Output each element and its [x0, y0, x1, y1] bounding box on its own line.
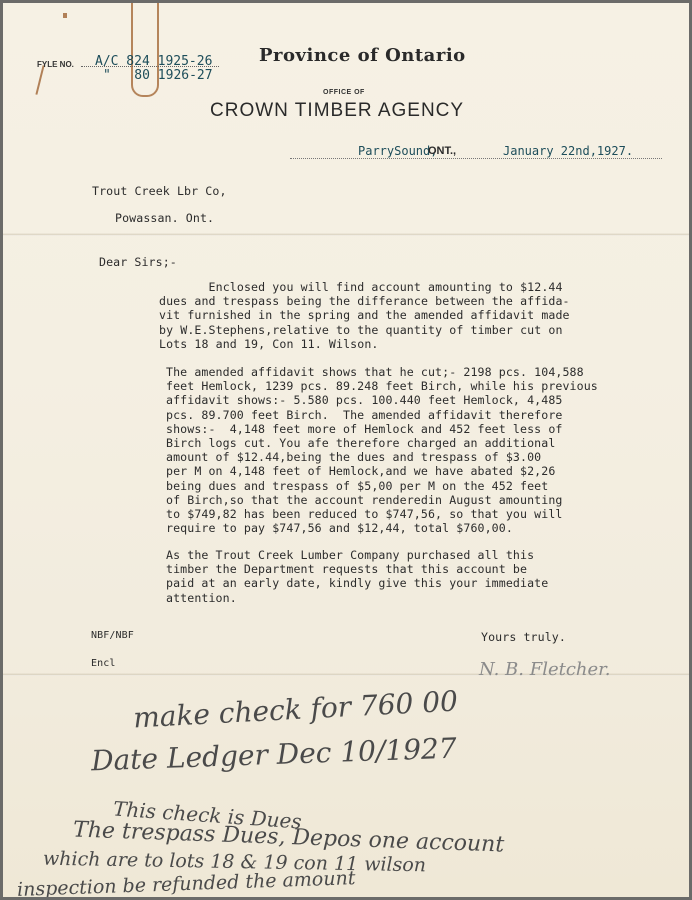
body-paragraph-3: As the Trout Creek Lumber Company purcha…: [166, 548, 548, 605]
text-line: timber the Department requests that this…: [166, 562, 548, 576]
dateline-province: ONT.,: [428, 145, 456, 157]
letterhead-province: Province of Ontario: [259, 45, 466, 66]
text-line: feet Hemlock, 1239 pcs. 89.248 feet Birc…: [166, 379, 598, 393]
text-line: to $749,82 has been reduced to $747,56, …: [166, 507, 598, 521]
rust-stain: [35, 65, 44, 95]
reference-initials: NBF/NBF: [91, 629, 134, 643]
valediction: Yours truly.: [481, 630, 566, 644]
text-line: vit furnished in the spring and the amen…: [159, 308, 570, 322]
text-line: affidavit shows:- 5.580 pcs. 100.440 fee…: [166, 393, 598, 407]
text-line: being dues and trespass of $5,00 per M o…: [166, 479, 598, 493]
file-number-line-2: " 80 1926-27: [103, 68, 213, 83]
text-line: shows:- 4,148 feet more of Hemlock and 4…: [166, 422, 598, 436]
fold-line: [3, 233, 689, 236]
text-line: dues and trespass being the differance b…: [159, 294, 570, 308]
rust-stain: [63, 13, 67, 18]
addressee-location: Powassan. Ont.: [115, 211, 214, 225]
text-line: pcs. 89.700 feet Birch. The amended affi…: [166, 408, 598, 422]
text-line: paid at an early date, kindly give this …: [166, 576, 548, 590]
letterhead-office-of: OFFICE OF: [323, 89, 365, 96]
handwritten-note: make check for 760 00: [132, 685, 458, 735]
text-line: Lots 18 and 19, Con 11. Wilson.: [159, 337, 570, 351]
letter-page: FYLE NO. A/C 824 1925-26 " 80 1926-27 Pr…: [3, 3, 689, 897]
body-paragraph-1: Enclosed you will find account amounting…: [159, 280, 570, 351]
handwritten-note: Date Ledger Dec 10/1927: [91, 732, 458, 778]
text-line: Birch logs cut. You afe therefore charge…: [166, 436, 598, 450]
file-number-label: FYLE NO.: [37, 60, 74, 69]
enclosure-note: Encl: [91, 657, 115, 671]
text-line: As the Trout Creek Lumber Company purcha…: [166, 548, 548, 562]
file-number-line-1: A/C 824 1925-26: [95, 54, 212, 69]
dateline-place: ParrySound,: [358, 144, 437, 158]
letterhead-agency: CROWN TIMBER AGENCY: [210, 100, 464, 122]
body-paragraph-2: The amended affidavit shows that he cut;…: [166, 365, 598, 535]
dateline-date: January 22nd,1927.: [503, 144, 633, 158]
text-line: require to pay $747,56 and $12,44, total…: [166, 521, 598, 535]
text-line: attention.: [166, 591, 548, 605]
text-line: of Birch,so that the account renderedin …: [166, 493, 598, 507]
addressee-name: Trout Creek Lbr Co,: [92, 184, 227, 198]
text-line: The amended affidavit shows that he cut;…: [166, 365, 598, 379]
text-line: per M on 4,148 feet of Hemlock,and we ha…: [166, 464, 598, 478]
text-line: Enclosed you will find account amounting…: [159, 280, 570, 294]
signature: N. B. Fletcher.: [479, 659, 611, 680]
salutation: Dear Sirs;-: [99, 255, 177, 269]
text-line: amount of $12.44,being the dues and tres…: [166, 450, 598, 464]
text-line: by W.E.Stephens,relative to the quantity…: [159, 323, 570, 337]
